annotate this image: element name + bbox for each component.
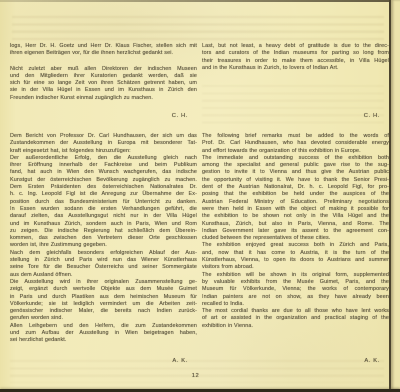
text-line: Nicht zuletzt aber muß allen Direktoren … — [10, 66, 197, 73]
text-line: in Paris und durch Plastiken aus dem hei… — [10, 294, 197, 301]
text-line: Indian painters are not on show, as they… — [202, 294, 389, 301]
page-number: 12 — [0, 373, 391, 379]
text-line: Kunstgut der österreichischen Bevölkerun… — [10, 177, 197, 184]
text-line: and in the Kunsthaus in Zurich, to lover… — [202, 65, 389, 72]
body-signature-left: A. K. — [10, 358, 197, 365]
german-intro-text: logs, Herr Dr. H. Goetz und Herr Dr. Kla… — [10, 43, 197, 102]
text-line: The exhibition will be shown in its orig… — [202, 272, 389, 279]
english-body-column: The following brief remarks must be adde… — [202, 133, 389, 365]
text-line: zeigt, ergänzt durch wertvolle Objekte a… — [10, 286, 197, 293]
text-line: of art or assisted in the organization a… — [202, 315, 389, 322]
paragraph: Allen Leihgebern und den Helfern, die zu… — [10, 323, 197, 345]
text-line: fand, hat auch in Wien den Wunsch wachge… — [10, 169, 197, 176]
text-line: kraft eingesetzt hat, ist folgendes hinz… — [10, 148, 197, 155]
paragraph: The exhibition will be shown in its orig… — [202, 272, 389, 308]
german-body-text: Dem Bericht von Professor Dr. Carl Hundh… — [10, 133, 197, 345]
text-line: darauf zielten, das Ausstellungsgut nich… — [10, 213, 197, 220]
text-line: Museum für Völkerkunde, Vienna; the work… — [202, 286, 389, 293]
text-line: their treasures in order to make them ac… — [202, 58, 389, 65]
bleed-through-texture-top — [12, 16, 384, 41]
text-line: seine Tore für die Besucher Österreichs … — [10, 264, 197, 271]
text-line: position durch das Bundesministerium für… — [10, 199, 197, 206]
english-intro-column: Last, but not least, a heavy debt of gra… — [202, 43, 389, 120]
paragraph: The immediate and outstanding success of… — [202, 155, 389, 243]
paragraph: logs, Herr Dr. H. Goetz und Herr Dr. Kla… — [10, 43, 197, 58]
text-line: h. c. Ing. Leopold Figl ist die Anregung… — [10, 191, 197, 198]
intro-section: logs, Herr Dr. H. Goetz und Herr Dr. Kla… — [10, 43, 389, 120]
paragraph: Dem Bericht von Professor Dr. Carl Hundh… — [10, 133, 197, 155]
german-body-column: Dem Bericht von Professor Dr. Carl Hundh… — [10, 133, 197, 365]
adjacent-page-edge-strip — [391, 0, 400, 389]
text-line: the opportunity of visiting it. We have … — [202, 177, 389, 184]
text-line: Austrian Federal Ministry of Education. … — [202, 199, 389, 206]
text-line: exhibition in Vienna. — [202, 323, 389, 330]
text-line: Nach dem gleichfalls besonders erfolgrei… — [10, 250, 197, 257]
body-signature-right: A. K. — [202, 358, 389, 365]
english-intro-text: Last, but not least, a heavy debt of gra… — [202, 43, 389, 72]
text-line: sei herzlichst gedankt. — [10, 337, 197, 344]
paragraph: Der außerordentliche Erfolg, den die Aus… — [10, 155, 197, 250]
text-line: Kunsthaus, Zürich, but also in Paris, Vi… — [202, 221, 389, 228]
paragraph: Die Ausstellung wird in ihrer originalen… — [10, 279, 197, 323]
paragraph: The most cordial thanks are due to all t… — [202, 308, 389, 330]
paragraph: Nach dem gleichfalls besonders erfolgrei… — [10, 250, 197, 279]
text-line: posing that the exhibition be held under… — [202, 191, 389, 198]
scanned-catalog-page: logs, Herr Dr. H. Goetz und Herr Dr. Kla… — [0, 0, 400, 392]
text-line: Allen Leihgebern und den Helfern, die zu… — [10, 323, 197, 330]
german-intro-column: logs, Herr Dr. H. Goetz und Herr Dr. Kla… — [10, 43, 197, 120]
text-line: visitors from abroad. — [202, 264, 389, 271]
text-line: tors and curators of the Indian museums … — [202, 50, 389, 57]
text-line: The exhibition enjoyed great success bot… — [202, 242, 389, 249]
text-line: aus dem Ausland öffnen. — [10, 272, 197, 279]
text-line: worden ist, ihre Zustimmung gegeben. — [10, 242, 197, 249]
paragraph: Nicht zuletzt aber muß allen Direktoren … — [10, 66, 197, 102]
page-top-edge-shadow — [0, 0, 400, 2]
text-line: the exhibition to be shown not only in t… — [202, 213, 389, 220]
text-line: Zustandekommen der Ausstellung in Europa… — [10, 140, 197, 147]
text-line: and effort towards the organization of t… — [202, 148, 389, 155]
intro-signature-left: C. H. — [10, 113, 197, 120]
text-line: Prof. Dr. Carl Hundhausen, who has devot… — [202, 140, 389, 147]
english-body-text: The following brief remarks must be adde… — [202, 133, 389, 330]
paragraph: Last, but not least, a heavy debt of gra… — [202, 43, 389, 72]
text-line: Freunden indischer Kunst einmal zugängli… — [10, 95, 197, 102]
body-section: Dem Bericht von Professor Dr. Carl Hundh… — [10, 133, 389, 365]
text-line: and, now that it has come to Austria, it… — [202, 250, 389, 257]
page-bottom-edge-line — [0, 389, 400, 392]
paragraph: The following brief remarks must be adde… — [202, 133, 389, 155]
text-line: gerufen worden sind. — [10, 315, 197, 322]
text-line: gestion to invite it to Vienna and thus … — [202, 169, 389, 176]
text-line: ihren eigenen Beiträgen vor, für die ihn… — [10, 50, 197, 57]
text-line: sie in der Villa Hügel in Essen und im K… — [10, 87, 197, 94]
paragraph: The exhibition enjoyed great success bot… — [202, 242, 389, 271]
intro-signature-right: C. H. — [202, 113, 389, 120]
text-line: und im Kunsthaus Zürich, sondern auch in… — [10, 221, 197, 228]
